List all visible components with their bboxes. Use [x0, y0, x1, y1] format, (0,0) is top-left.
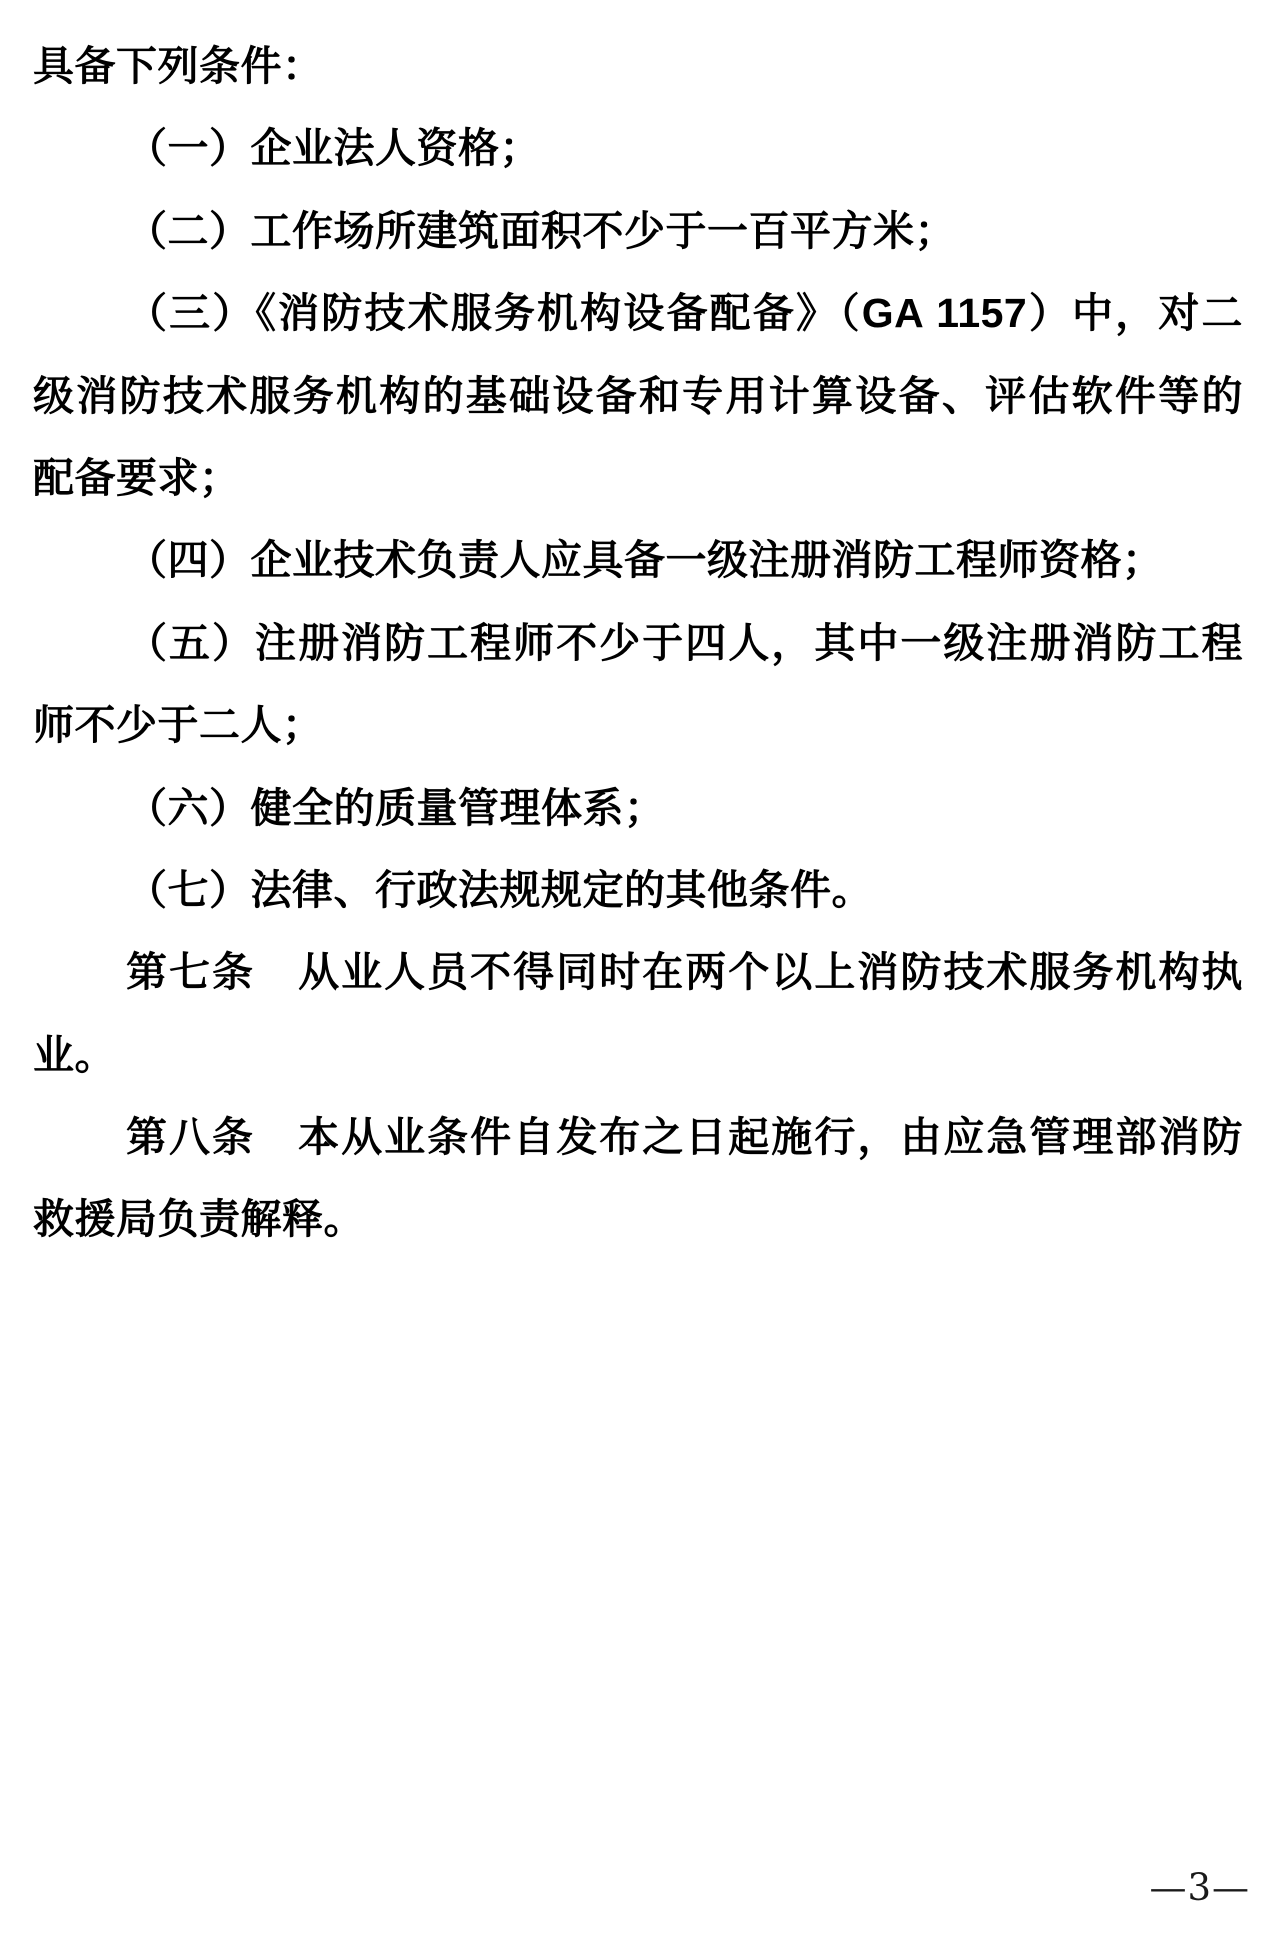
text-line: 级消防技术服务机构的基础设备和专用计算设备、评估软件等的	[33, 355, 1243, 437]
text-line: 具备下列条件：	[33, 25, 1243, 107]
document-page: 具备下列条件：（一）企业法人资格；（二）工作场所建筑面积不少于一百平方米；（三）…	[0, 0, 1280, 1942]
text-line: （七）法律、行政法规规定的其他条件。	[33, 849, 1243, 931]
text-block: 具备下列条件：（一）企业法人资格；（二）工作场所建筑面积不少于一百平方米；（三）…	[33, 25, 1243, 1261]
text-line: 第八条 本从业条件自发布之日起施行，由应急管理部消防	[33, 1096, 1243, 1178]
text-line: 师不少于二人；	[33, 684, 1243, 766]
text-line: （一）企业法人资格；	[33, 107, 1243, 189]
text-line: （二）工作场所建筑面积不少于一百平方米；	[33, 190, 1243, 272]
text-line: （五）注册消防工程师不少于四人，其中一级注册消防工程	[33, 602, 1243, 684]
page-number: —3—	[1149, 1866, 1250, 1909]
text-line: （六）健全的质量管理体系；	[33, 767, 1243, 849]
text-line: 业。	[33, 1014, 1243, 1096]
text-line: 救援局负责解释。	[33, 1178, 1243, 1260]
text-line: （四）企业技术负责人应具备一级注册消防工程师资格；	[33, 519, 1243, 601]
text-line: （三）《消防技术服务机构设备配备》（GA 1157）中，对二	[33, 272, 1243, 354]
text-line: 配备要求；	[33, 437, 1243, 519]
text-line: 第七条 从业人员不得同时在两个以上消防技术服务机构执	[33, 931, 1243, 1013]
